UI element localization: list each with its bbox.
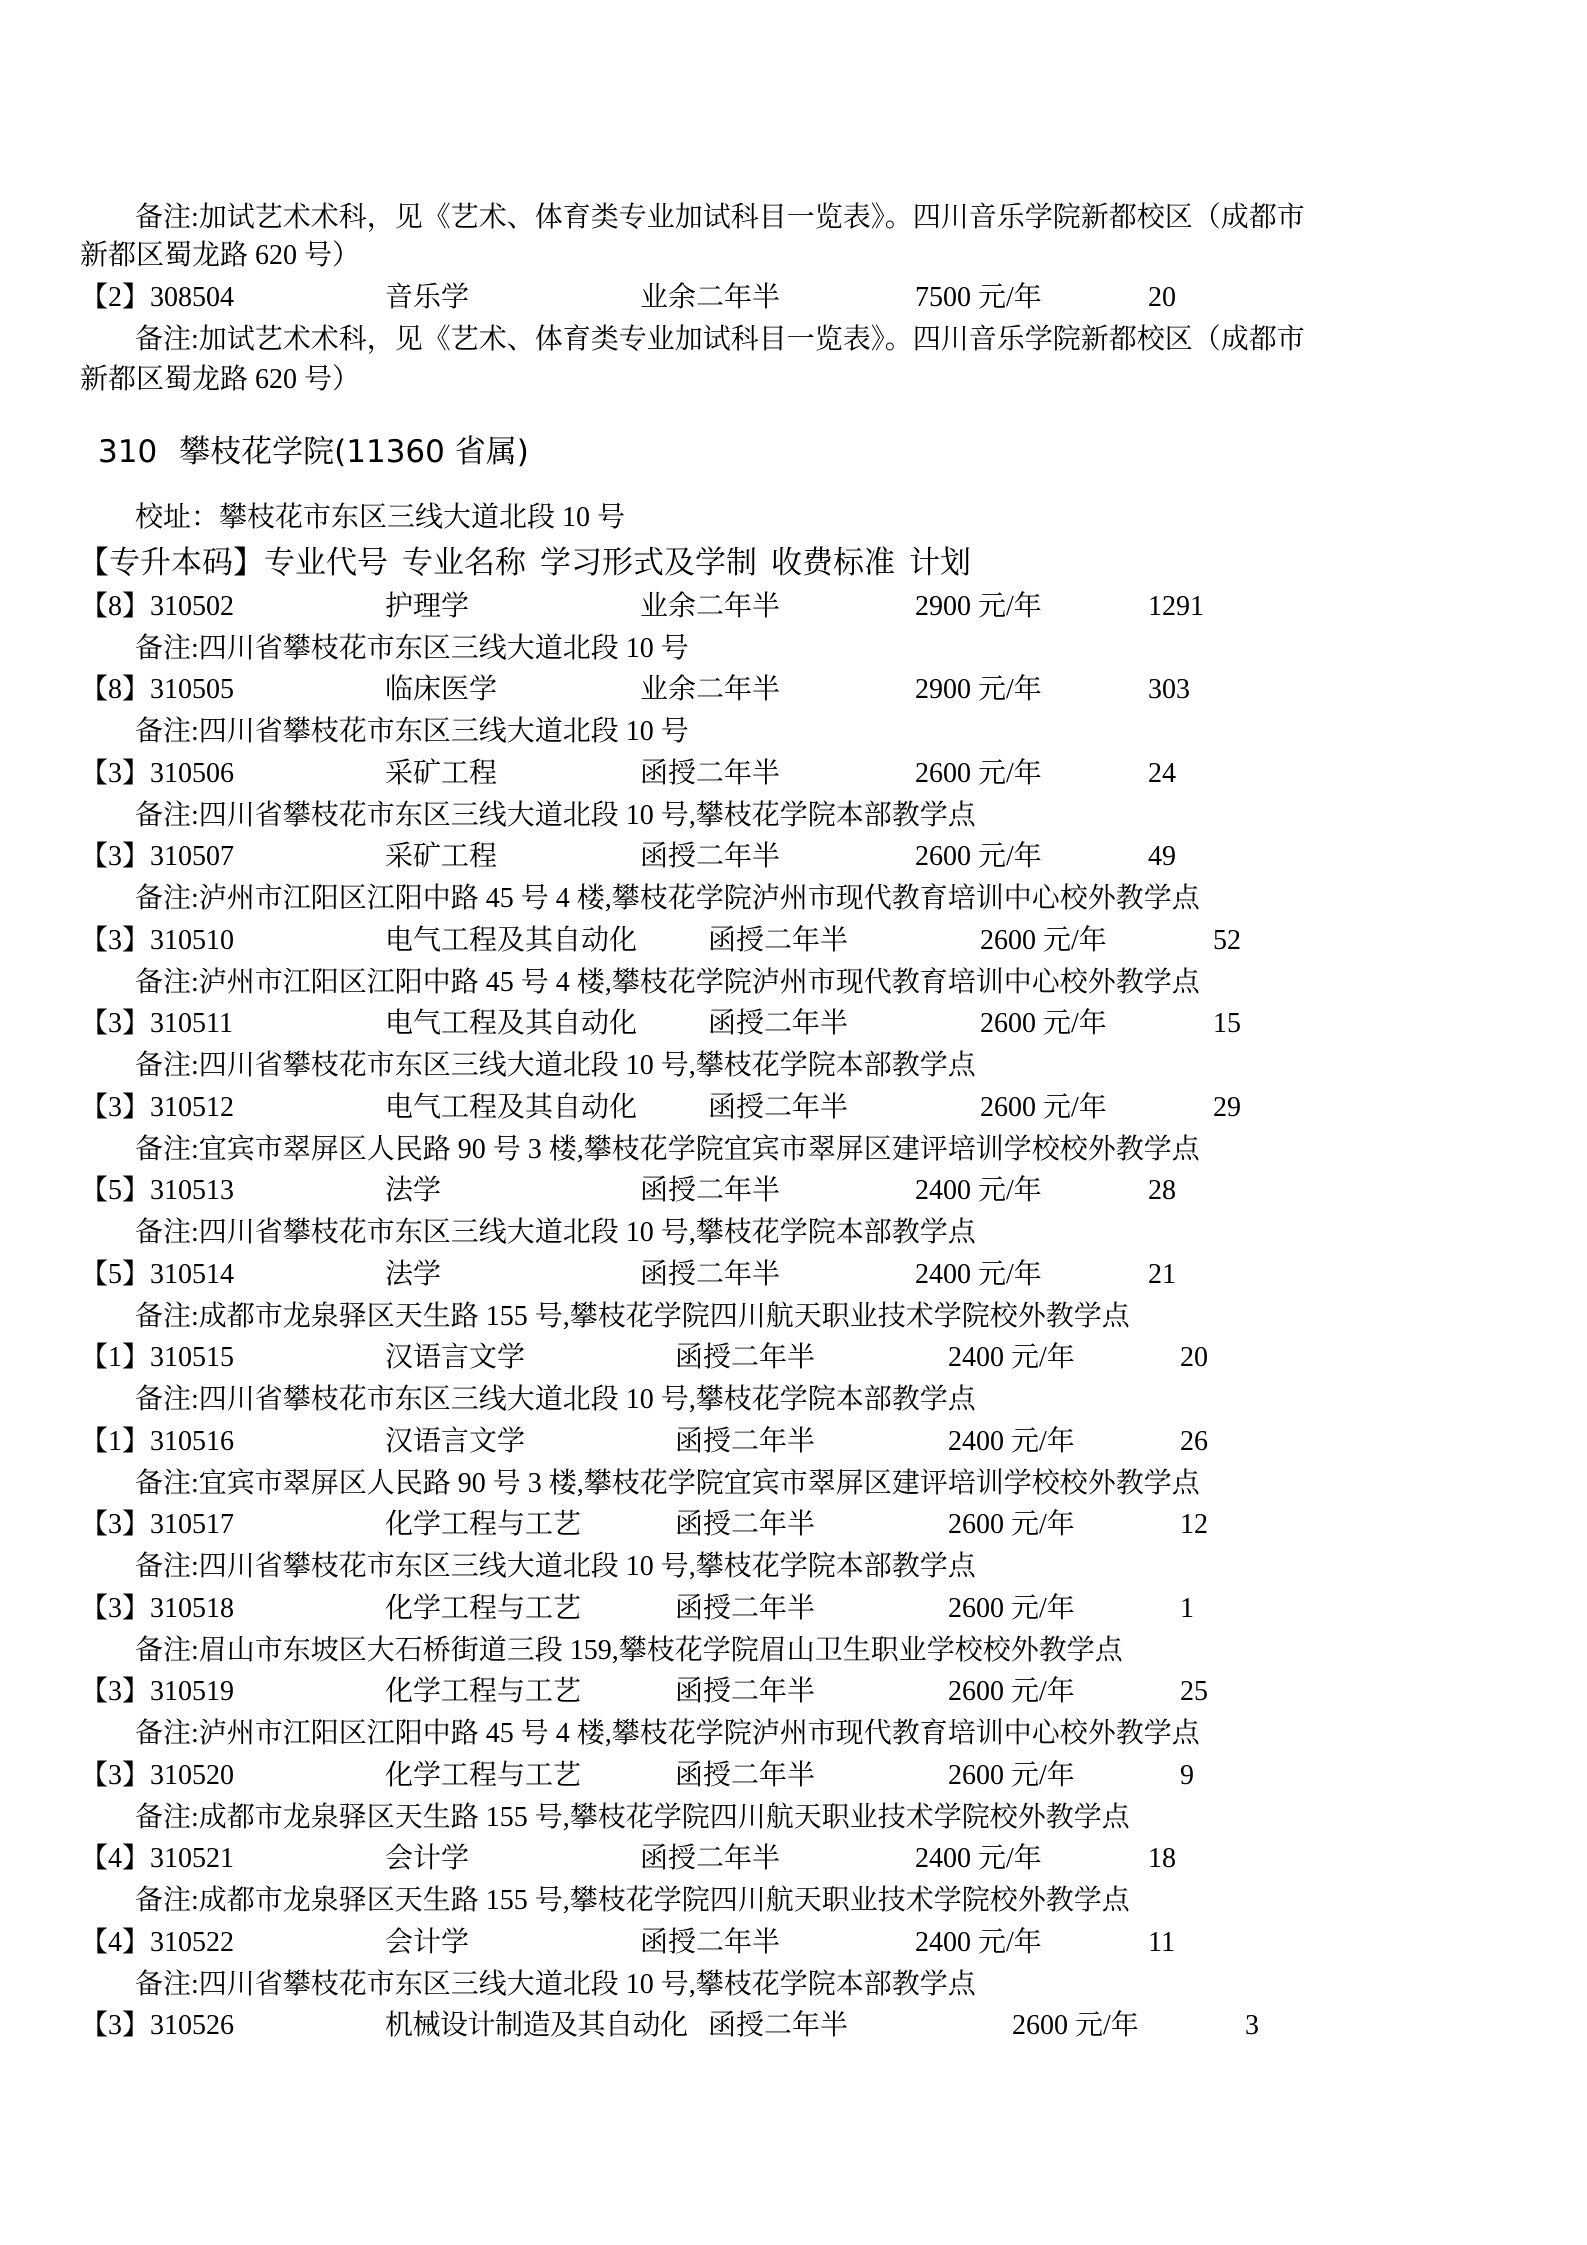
fee: 2600 元/年 [948, 1591, 1075, 1627]
study-form: 函授二年半 [640, 1841, 780, 1877]
plan-count: 1291 [1148, 589, 1204, 625]
header-name: 专业名称 [402, 545, 526, 581]
note-line: 备注:成都市龙泉驿区天生路 155 号,攀枝花学院四川航天职业技术学院校外教学点 [135, 1883, 1130, 1919]
note-line: 备注:成都市龙泉驿区天生路 155 号,攀枝花学院四川航天职业技术学院校外教学点 [135, 1299, 1130, 1335]
study-form: 函授二年半 [640, 839, 780, 875]
major-code: 【3】310507 [80, 839, 234, 875]
major-code: 【3】310519 [80, 1674, 234, 1710]
major-name: 汉语言文学 [385, 1340, 525, 1376]
school-name: 攀枝花学院(11360 省属) [179, 434, 529, 470]
major-name: 电气工程及其自动化 [385, 1006, 637, 1042]
note-line: 备注:泸州市江阳区江阳中路 45 号 4 楼,攀枝花学院泸州市现代教育培训中心校… [135, 881, 1200, 917]
major-name: 音乐学 [385, 280, 469, 316]
plan-count: 49 [1148, 839, 1176, 875]
major-name: 化学工程与工艺 [385, 1758, 581, 1794]
fee: 2600 元/年 [980, 923, 1107, 959]
major-name: 护理学 [385, 589, 469, 625]
study-form: 函授二年半 [708, 1090, 848, 1126]
school-code: 310 [98, 434, 157, 470]
plan-count: 25 [1180, 1674, 1208, 1710]
table-row: 【5】310513 法学 函授二年半 2400 元/年 28 [0, 1173, 1587, 1209]
study-form: 函授二年半 [675, 1340, 815, 1376]
major-code: 【1】310516 [80, 1424, 234, 1460]
major-code: 【3】310517 [80, 1507, 234, 1543]
plan-count: 26 [1180, 1424, 1208, 1460]
major-name: 化学工程与工艺 [385, 1591, 581, 1627]
note-line-continuation: 新都区蜀龙路 620 号） [80, 238, 360, 274]
plan-count: 9 [1180, 1758, 1194, 1794]
fee: 2600 元/年 [1012, 2008, 1139, 2044]
major-code: 【3】310510 [80, 923, 234, 959]
major-code: 【3】310512 [80, 1090, 234, 1126]
fee: 2400 元/年 [948, 1424, 1075, 1460]
table-row: 【8】310505 临床医学 业余二年半 2900 元/年 303 [0, 672, 1587, 708]
table-row: 【1】310515 汉语言文学 函授二年半 2400 元/年 20 [0, 1340, 1587, 1376]
note-line: 备注:泸州市江阳区江阳中路 45 号 4 楼,攀枝花学院泸州市现代教育培训中心校… [135, 965, 1200, 1001]
major-name: 采矿工程 [385, 839, 497, 875]
major-code: 【3】310520 [80, 1758, 234, 1794]
note-line: 备注:四川省攀枝花市东区三线大道北段 10 号,攀枝花学院本部教学点 [135, 1967, 976, 2003]
plan-count: 52 [1213, 923, 1241, 959]
fee: 2400 元/年 [948, 1340, 1075, 1376]
study-form: 业余二年半 [640, 589, 780, 625]
plan-count: 12 [1180, 1507, 1208, 1543]
major-code: 【8】310502 [80, 589, 234, 625]
fee: 2400 元/年 [915, 1925, 1042, 1961]
header-form: 学习形式及学制 [540, 545, 757, 581]
table-row: 【3】310507 采矿工程 函授二年半 2600 元/年 49 [0, 839, 1587, 875]
plan-count: 11 [1148, 1925, 1175, 1961]
major-name: 汉语言文学 [385, 1424, 525, 1460]
table-row: 【3】310517 化学工程与工艺 函授二年半 2600 元/年 12 [0, 1507, 1587, 1543]
note-line-continuation: 新都区蜀龙路 620 号） [80, 362, 360, 398]
school-title: 310攀枝花学院(11360 省属) [98, 432, 529, 472]
table-row: 【3】310510 电气工程及其自动化 函授二年半 2600 元/年 52 [0, 923, 1587, 959]
major-name: 化学工程与工艺 [385, 1507, 581, 1543]
major-code: 【3】310506 [80, 756, 234, 792]
plan-count: 20 [1148, 280, 1176, 316]
major-code: 【5】310514 [80, 1257, 234, 1293]
note-line: 备注:四川省攀枝花市东区三线大道北段 10 号,攀枝花学院本部教学点 [135, 1382, 976, 1418]
table-row: 【8】310502 护理学 业余二年半 2900 元/年 1291 [0, 589, 1587, 625]
note-line: 备注:加试艺术术科，见《艺术、体育类专业加试科目一览表》。四川音乐学院新都校区（… [135, 322, 1305, 358]
major-name: 机械设计制造及其自动化 [385, 2008, 688, 2044]
fee: 2900 元/年 [915, 589, 1042, 625]
plan-count: 303 [1148, 672, 1190, 708]
study-form: 业余二年半 [640, 280, 780, 316]
fee: 2400 元/年 [915, 1173, 1042, 1209]
major-name: 会计学 [385, 1925, 469, 1961]
study-form: 函授二年半 [675, 1758, 815, 1794]
fee: 2900 元/年 [915, 672, 1042, 708]
major-name: 法学 [385, 1173, 441, 1209]
study-form: 函授二年半 [675, 1674, 815, 1710]
major-code: 【8】310505 [80, 672, 234, 708]
study-form: 函授二年半 [640, 1257, 780, 1293]
plan-count: 3 [1245, 2008, 1259, 2044]
note-line: 备注:眉山市东坡区大石桥街道三段 159,攀枝花学院眉山卫生职业学校校外教学点 [135, 1633, 1123, 1669]
table-row: 【3】310519 化学工程与工艺 函授二年半 2600 元/年 25 [0, 1674, 1587, 1710]
major-name: 化学工程与工艺 [385, 1674, 581, 1710]
plan-count: 29 [1213, 1090, 1241, 1126]
table-row: 【2】308504 音乐学 业余二年半 7500 元/年 20 [0, 280, 1587, 316]
fee: 2600 元/年 [948, 1507, 1075, 1543]
note-line: 备注:宜宾市翠屏区人民路 90 号 3 楼,攀枝花学院宜宾市翠屏区建评培训学校校… [135, 1466, 1200, 1502]
header-code: 【专升本码】专业代号 [78, 545, 388, 581]
major-code: 【3】310526 [80, 2008, 234, 2044]
fee: 2400 元/年 [915, 1841, 1042, 1877]
study-form: 函授二年半 [708, 1006, 848, 1042]
fee: 2600 元/年 [980, 1006, 1107, 1042]
plan-count: 21 [1148, 1257, 1176, 1293]
plan-count: 18 [1148, 1841, 1176, 1877]
major-name: 会计学 [385, 1841, 469, 1877]
major-code: 【1】310515 [80, 1340, 234, 1376]
major-code: 【3】310518 [80, 1591, 234, 1627]
major-name: 临床医学 [385, 672, 497, 708]
header-fee: 收费标准 [771, 545, 895, 581]
major-code: 【5】310513 [80, 1173, 234, 1209]
note-line: 备注:四川省攀枝花市东区三线大道北段 10 号 [135, 714, 689, 750]
table-row: 【4】310522 会计学 函授二年半 2400 元/年 11 [0, 1925, 1587, 1961]
major-name: 电气工程及其自动化 [385, 1090, 637, 1126]
note-line: 备注:四川省攀枝花市东区三线大道北段 10 号 [135, 631, 689, 667]
fee: 2400 元/年 [915, 1257, 1042, 1293]
study-form: 函授二年半 [708, 2008, 848, 2044]
table-row: 【3】310520 化学工程与工艺 函授二年半 2600 元/年 9 [0, 1758, 1587, 1794]
table-row: 【3】310511 电气工程及其自动化 函授二年半 2600 元/年 15 [0, 1006, 1587, 1042]
study-form: 函授二年半 [640, 756, 780, 792]
major-code: 【3】310511 [80, 1006, 233, 1042]
fee: 2600 元/年 [948, 1758, 1075, 1794]
study-form: 函授二年半 [675, 1424, 815, 1460]
note-line: 备注:四川省攀枝花市东区三线大道北段 10 号,攀枝花学院本部教学点 [135, 1549, 976, 1585]
note-line: 备注:成都市龙泉驿区天生路 155 号,攀枝花学院四川航天职业技术学院校外教学点 [135, 1800, 1130, 1836]
plan-count: 28 [1148, 1173, 1176, 1209]
table-row: 【1】310516 汉语言文学 函授二年半 2400 元/年 26 [0, 1424, 1587, 1460]
fee: 7500 元/年 [915, 280, 1042, 316]
note-line: 备注:加试艺术术科，见《艺术、体育类专业加试科目一览表》。四川音乐学院新都校区（… [135, 200, 1305, 236]
fee: 2600 元/年 [980, 1090, 1107, 1126]
major-name: 法学 [385, 1257, 441, 1293]
table-row: 【3】310506 采矿工程 函授二年半 2600 元/年 24 [0, 756, 1587, 792]
plan-count: 1 [1180, 1591, 1194, 1627]
major-code: 【2】308504 [80, 280, 234, 316]
study-form: 函授二年半 [708, 923, 848, 959]
plan-count: 15 [1213, 1006, 1241, 1042]
study-form: 函授二年半 [640, 1925, 780, 1961]
fee: 2600 元/年 [948, 1674, 1075, 1710]
note-line: 备注:四川省攀枝花市东区三线大道北段 10 号,攀枝花学院本部教学点 [135, 798, 976, 834]
major-code: 【4】310522 [80, 1925, 234, 1961]
major-name: 电气工程及其自动化 [385, 923, 637, 959]
plan-count: 24 [1148, 756, 1176, 792]
note-line: 备注:四川省攀枝花市东区三线大道北段 10 号,攀枝花学院本部教学点 [135, 1215, 976, 1251]
table-row: 【5】310514 法学 函授二年半 2400 元/年 21 [0, 1257, 1587, 1293]
table-row: 【3】310518 化学工程与工艺 函授二年半 2600 元/年 1 [0, 1591, 1587, 1627]
header-plan: 计划 [909, 545, 971, 581]
study-form: 业余二年半 [640, 672, 780, 708]
note-line: 备注:泸州市江阳区江阳中路 45 号 4 楼,攀枝花学院泸州市现代教育培训中心校… [135, 1716, 1200, 1752]
note-line: 备注:宜宾市翠屏区人民路 90 号 3 楼,攀枝花学院宜宾市翠屏区建评培训学校校… [135, 1132, 1200, 1168]
study-form: 函授二年半 [675, 1507, 815, 1543]
note-line: 备注:四川省攀枝花市东区三线大道北段 10 号,攀枝花学院本部教学点 [135, 1048, 976, 1084]
plan-count: 20 [1180, 1340, 1208, 1376]
school-address: 校址：攀枝花市东区三线大道北段 10 号 [135, 500, 625, 536]
study-form: 函授二年半 [640, 1173, 780, 1209]
table-row: 【3】310512 电气工程及其自动化 函授二年半 2600 元/年 29 [0, 1090, 1587, 1126]
major-name: 采矿工程 [385, 756, 497, 792]
table-row: 【4】310521 会计学 函授二年半 2400 元/年 18 [0, 1841, 1587, 1877]
study-form: 函授二年半 [675, 1591, 815, 1627]
major-code: 【4】310521 [80, 1841, 234, 1877]
fee: 2600 元/年 [915, 756, 1042, 792]
table-header: 【专升本码】专业代号专业名称学习形式及学制收费标准计划 [78, 542, 985, 584]
fee: 2600 元/年 [915, 839, 1042, 875]
